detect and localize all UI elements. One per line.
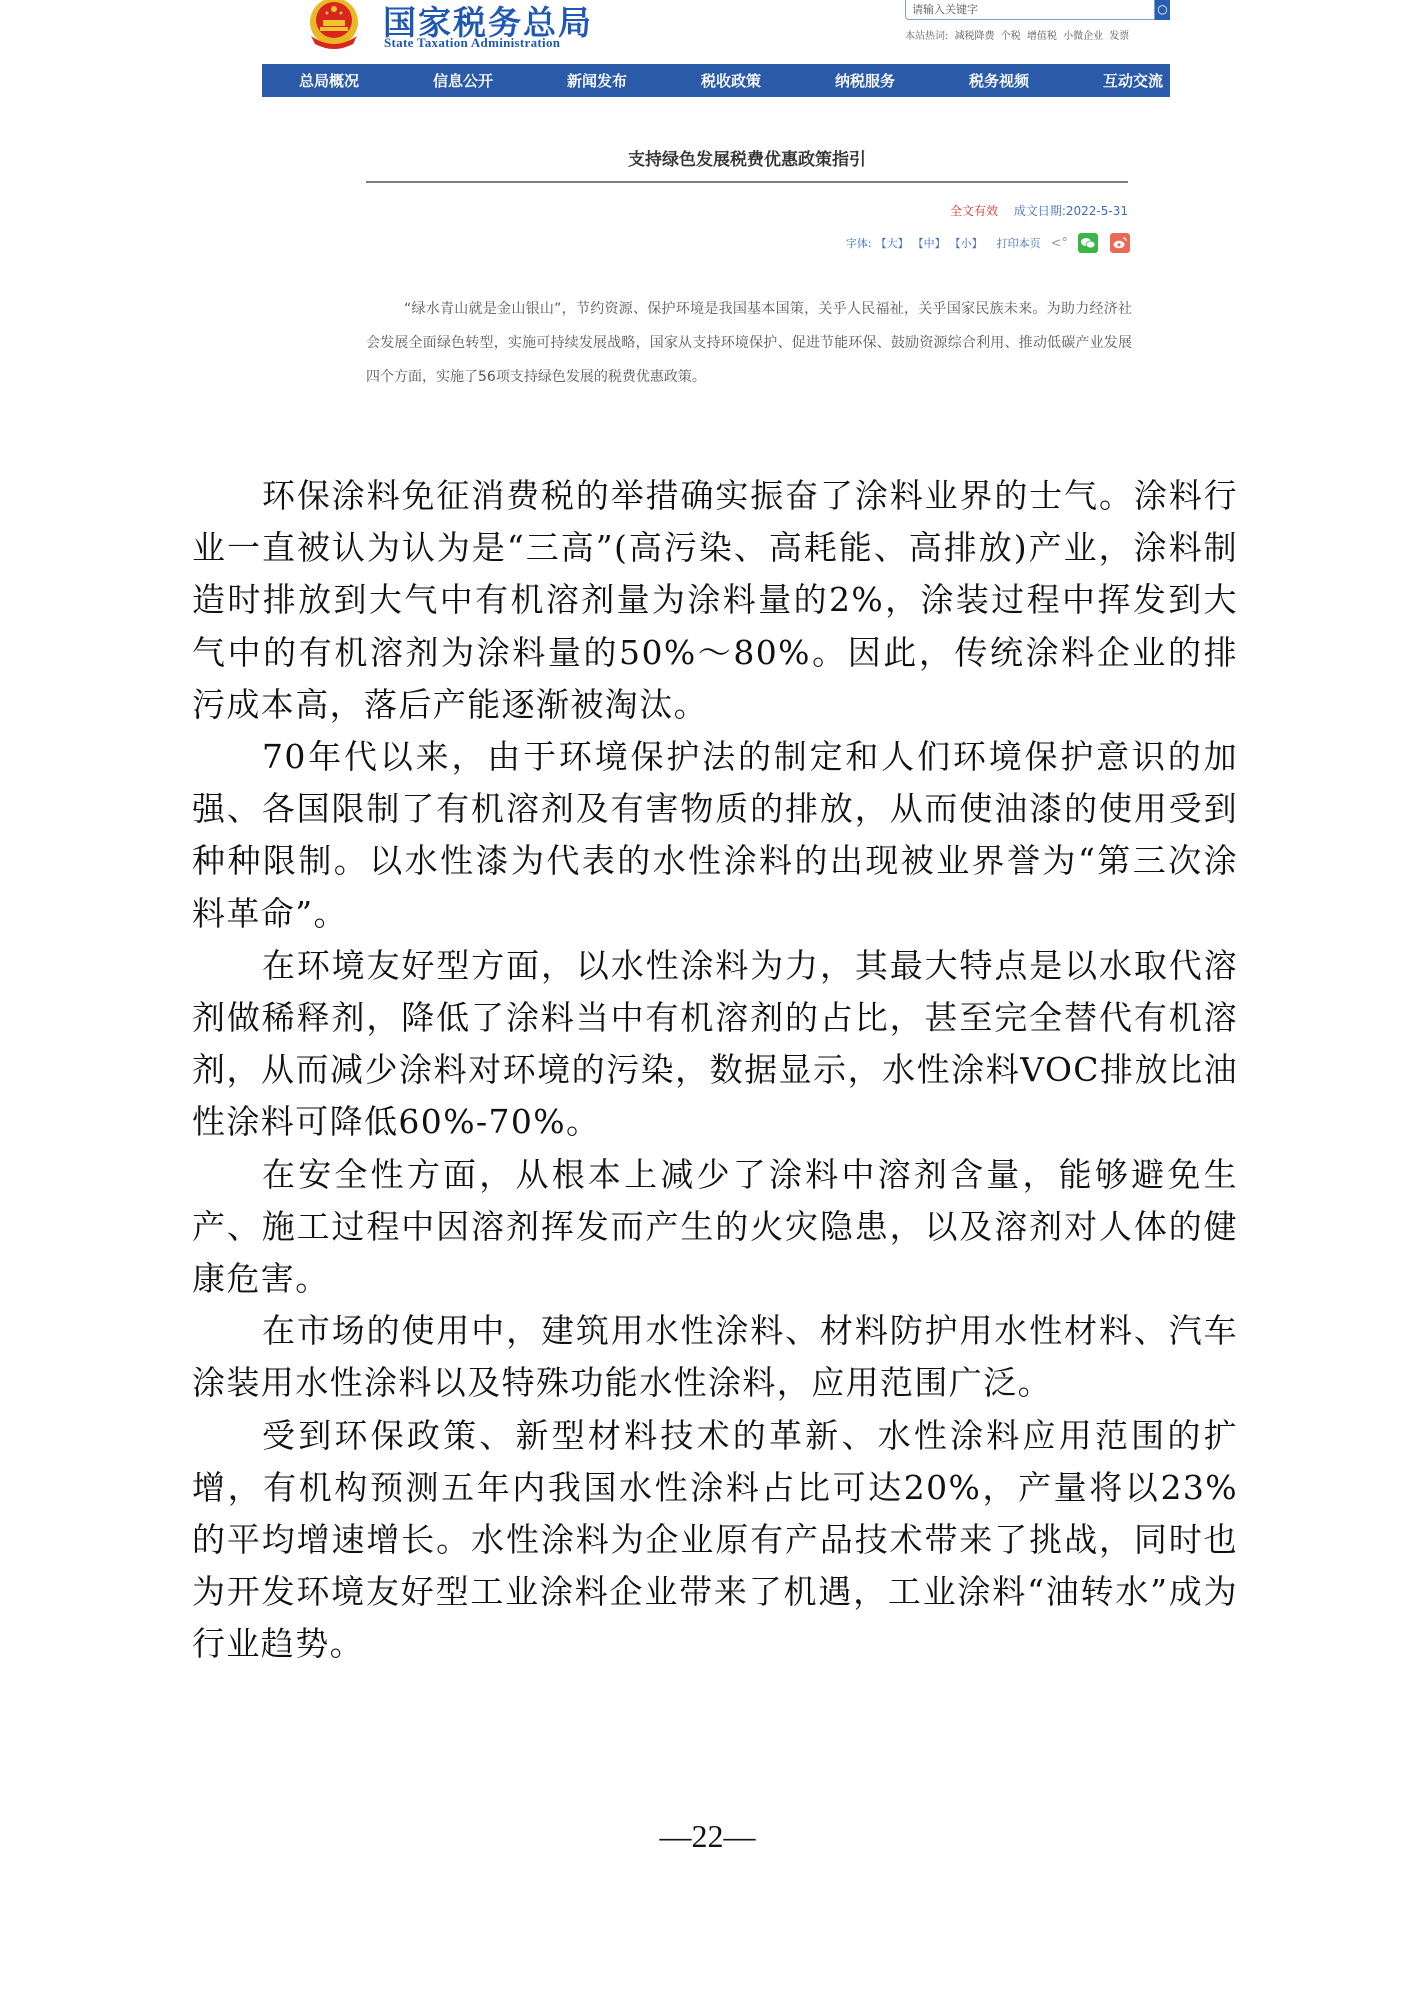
hot-words: 本站热词: 减税降费 个税 增值税 小微企业 发票 bbox=[905, 27, 1132, 42]
wechat-icon[interactable] bbox=[1078, 233, 1098, 253]
font-size-medium-button[interactable]: 【中】 bbox=[913, 235, 946, 251]
document-body: 环保涂料免征消费税的举措确实振奋了涂料业界的士气。涂料行业一直被认为认为是“三高… bbox=[192, 470, 1238, 1671]
nav-item-interaction[interactable]: 互动交流 bbox=[1066, 70, 1170, 91]
paragraph: 70年代以来，由于环境保护法的制定和人们环境保护意识的加强、各国限制了有机溶剂及… bbox=[192, 731, 1238, 940]
page-number: —22— bbox=[0, 1818, 1415, 1855]
site-logo-english[interactable]: State Taxation Administration bbox=[384, 35, 560, 51]
article-intro: “绿水青山就是金山银山”，节约资源、保护环境是我国基本国策，关乎人民福祉，关乎国… bbox=[366, 292, 1132, 394]
paragraph: 环保涂料免征消费税的举措确实振奋了涂料业界的士气。涂料行业一直被认为认为是“三高… bbox=[192, 470, 1238, 731]
nav-item-taxpayer-service[interactable]: 纳税服务 bbox=[798, 70, 932, 91]
search-field[interactable] bbox=[905, 0, 1155, 20]
main-nav: 总局概况 信息公开 新闻发布 税收政策 纳税服务 税务视频 互动交流 bbox=[262, 64, 1170, 97]
issue-date: 成文日期:2022-5-31 bbox=[1014, 204, 1128, 218]
article-title: 支持绿色发展税费优惠政策指引 bbox=[366, 145, 1128, 170]
share-icon[interactable]: <° bbox=[1051, 236, 1068, 251]
article-tools: 字体: 【大】 【中】 【小】 打印本页 <° bbox=[846, 233, 1130, 253]
hot-word-link[interactable]: 发票 bbox=[1109, 31, 1129, 42]
paragraph: 在安全性方面，从根本上减少了涂料中溶剂含量，能够避免生产、施工过程中因溶剂挥发而… bbox=[192, 1149, 1238, 1306]
search-button[interactable]: ○ bbox=[1155, 0, 1170, 20]
nav-item-overview[interactable]: 总局概况 bbox=[262, 70, 396, 91]
hot-word-link[interactable]: 个税 bbox=[1001, 31, 1021, 42]
font-size-large-button[interactable]: 【大】 bbox=[876, 235, 909, 251]
search-input[interactable] bbox=[906, 0, 1154, 20]
paragraph: 在市场的使用中，建筑用水性涂料、材料防护用水性材料、汽车涂装用水性涂料以及特殊功… bbox=[192, 1305, 1238, 1409]
font-size-label: 字体: bbox=[846, 235, 872, 251]
nav-item-tax-policy[interactable]: 税收政策 bbox=[664, 70, 798, 91]
national-emblem-logo[interactable] bbox=[305, 0, 363, 50]
paragraph: 受到环保政策、新型材料技术的革新、水性涂料应用范围的扩增，有机构预测五年内我国水… bbox=[192, 1410, 1238, 1671]
hot-word-link[interactable]: 增值税 bbox=[1027, 31, 1057, 42]
title-divider bbox=[366, 181, 1128, 183]
paragraph: 在环境友好型方面，以水性涂料为力，其最大特点是以水取代溶剂做稀释剂，降低了涂料当… bbox=[192, 940, 1238, 1149]
emblem-icon bbox=[305, 0, 363, 50]
nav-item-news[interactable]: 新闻发布 bbox=[530, 70, 664, 91]
hot-words-label: 本站热词: bbox=[905, 31, 948, 42]
hot-word-link[interactable]: 减税降费 bbox=[955, 31, 995, 42]
article-meta: 全文有效 成文日期:2022-5-31 bbox=[950, 202, 1128, 219]
validity-status: 全文有效 bbox=[950, 204, 998, 218]
print-button[interactable]: 打印本页 bbox=[997, 235, 1041, 251]
search-icon: ○ bbox=[1157, 2, 1167, 16]
nav-item-tax-video[interactable]: 税务视频 bbox=[932, 70, 1066, 91]
nav-item-info-disclosure[interactable]: 信息公开 bbox=[396, 70, 530, 91]
font-size-small-button[interactable]: 【小】 bbox=[950, 235, 983, 251]
hot-word-link[interactable]: 小微企业 bbox=[1063, 31, 1103, 42]
weibo-icon[interactable] bbox=[1110, 233, 1130, 253]
